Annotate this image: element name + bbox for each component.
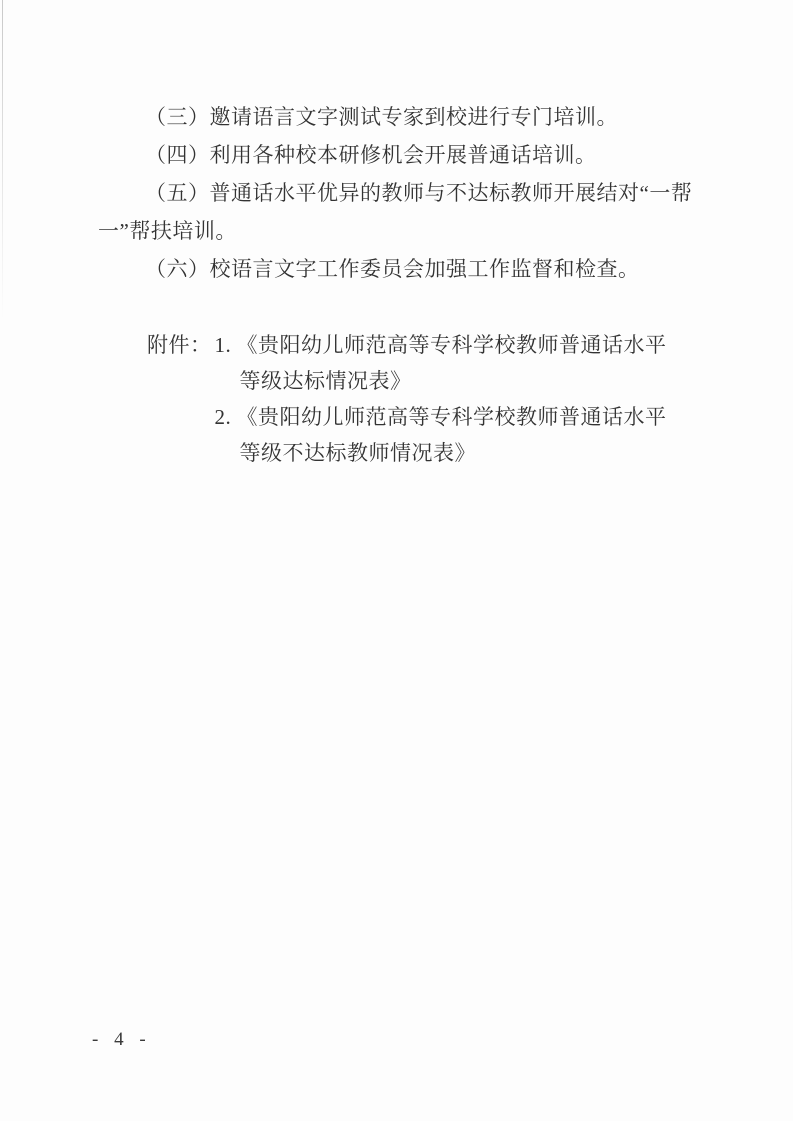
attachment-list: 1. 《贵阳幼儿师范高等专科学校教师普通话水平 等级达标情况表》 2. 《贵阳幼… xyxy=(215,327,667,471)
attachment-item-2: 2. 《贵阳幼儿师范高等专科学校教师普通话水平 等级不达标教师情况表》 xyxy=(215,399,667,471)
attachment-item-1-number: 1. xyxy=(215,327,237,363)
scanned-document-page: （三）邀请语言文字测试专家到校进行专门培训。 （四）利用各种校本研修机会开展普通… xyxy=(0,0,793,1121)
scan-artifact-left-edge xyxy=(2,0,3,320)
attachment-section: 附件： 1. 《贵阳幼儿师范高等专科学校教师普通话水平 等级达标情况表》 2. … xyxy=(147,327,667,471)
body-line-item-4: （四）利用各种校本研修机会开展普通话培训。 xyxy=(98,136,698,174)
attachment-item-1-title-line2: 等级达标情况表》 xyxy=(237,363,667,399)
attachment-item-2-title-line1: 《贵阳幼儿师范高等专科学校教师普通话水平 xyxy=(237,399,667,435)
attachment-item-2-title: 《贵阳幼儿师范高等专科学校教师普通话水平 等级不达标教师情况表》 xyxy=(237,399,667,471)
scan-artifact-right-edge xyxy=(791,560,792,980)
body-line-item-3: （三）邀请语言文字测试专家到校进行专门培训。 xyxy=(98,98,698,136)
attachment-item-1-title: 《贵阳幼儿师范高等专科学校教师普通话水平 等级达标情况表》 xyxy=(237,327,667,399)
attachment-item-1: 1. 《贵阳幼儿师范高等专科学校教师普通话水平 等级达标情况表》 xyxy=(215,327,667,399)
attachment-item-2-title-line2: 等级不达标教师情况表》 xyxy=(237,435,667,471)
document-body: （三）邀请语言文字测试专家到校进行专门培训。 （四）利用各种校本研修机会开展普通… xyxy=(98,98,698,288)
attachment-item-2-number: 2. xyxy=(215,399,237,435)
page-number: - 4 - xyxy=(92,1028,150,1052)
attachment-item-1-title-line1: 《贵阳幼儿师范高等专科学校教师普通话水平 xyxy=(237,327,667,363)
body-line-item-6: （六）校语言文字工作委员会加强工作监督和检查。 xyxy=(98,250,698,288)
body-line-item-5-wrap: 一”帮扶培训。 xyxy=(98,212,698,250)
body-line-item-5: （五）普通话水平优异的教师与不达标教师开展结对“一帮 xyxy=(98,174,698,212)
attachment-label: 附件： xyxy=(147,327,212,363)
